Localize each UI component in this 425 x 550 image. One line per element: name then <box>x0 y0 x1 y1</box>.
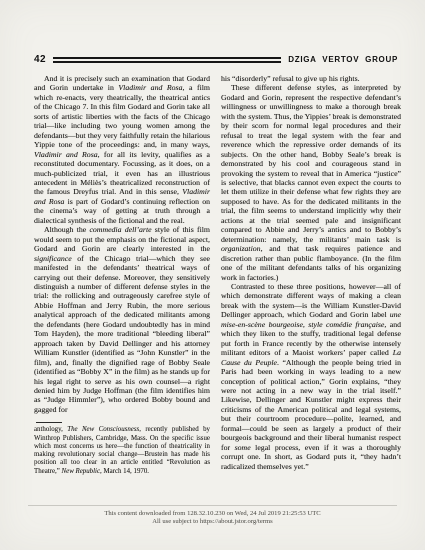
footnote-block: anthology, The New Consciousness, recent… <box>34 422 210 476</box>
italic-text-segment: significance <box>34 254 72 263</box>
footer-download-notice: This content downloaded from 128.32.10.2… <box>28 510 397 518</box>
body-paragraph: his “disorderly” refusal to give up his … <box>221 74 401 83</box>
text-segment: of the Chicago trial—which they see mani… <box>34 254 210 414</box>
text-segment: . “Although the people being tried in Pa… <box>221 358 401 452</box>
body-paragraph: And it is precisely such an examination … <box>34 74 210 225</box>
footnote-separator-rule <box>36 422 62 423</box>
left-column: And it is precisely such an examination … <box>34 74 210 476</box>
text-segment: These different defense styles, as inter… <box>221 83 401 243</box>
footer-separator-rule <box>28 505 397 506</box>
scanned-page: 42 DZIGA VERTOV GROUP And it is precisel… <box>0 0 425 550</box>
italic-text-segment: The New Consciousness <box>67 426 139 433</box>
italic-text-segment: some <box>235 443 251 452</box>
header-double-rule <box>53 57 281 63</box>
footer-terms-notice: All use subject to https://about.jstor.o… <box>28 518 397 526</box>
text-segment: , a film which re-enacts, very theatrica… <box>34 83 210 149</box>
italic-text-segment: New Republic <box>62 468 100 475</box>
italic-text-segment: Vladimir and Rosa <box>34 150 98 159</box>
text-segment: , March 14, 1970. <box>100 468 149 475</box>
body-paragraph: Although the commedia dell’arte style of… <box>34 225 210 414</box>
italic-text-segment: organization <box>221 244 261 253</box>
left-column-paragraphs: And it is precisely such an examination … <box>34 74 210 414</box>
italic-text-segment: Vladimir and Rosa <box>118 83 182 92</box>
body-paragraph: These different defense styles, as inter… <box>221 83 401 282</box>
right-column-paragraphs: his “disorderly” refusal to give up his … <box>221 74 401 471</box>
page-header: 42 DZIGA VERTOV GROUP <box>34 54 398 65</box>
running-head-title: DZIGA VERTOV GROUP <box>288 55 398 64</box>
text-segment: his “disorderly” refusal to give up his … <box>221 74 360 83</box>
text-segment: Contrasted to these three positions, how… <box>221 282 401 319</box>
italic-text-segment: commedia dell’arte <box>89 225 151 234</box>
two-column-text-body: And it is precisely such an examination … <box>34 74 401 476</box>
right-column: his “disorderly” refusal to give up his … <box>221 74 401 476</box>
body-paragraph: Contrasted to these three positions, how… <box>221 282 401 471</box>
jstor-footer: This content downloaded from 128.32.10.2… <box>28 505 397 526</box>
text-segment: Although the <box>44 225 89 234</box>
page-number: 42 <box>34 54 46 65</box>
footnote-text: anthology, The New Consciousness, recent… <box>34 426 210 476</box>
text-segment: anthology, <box>34 426 67 433</box>
